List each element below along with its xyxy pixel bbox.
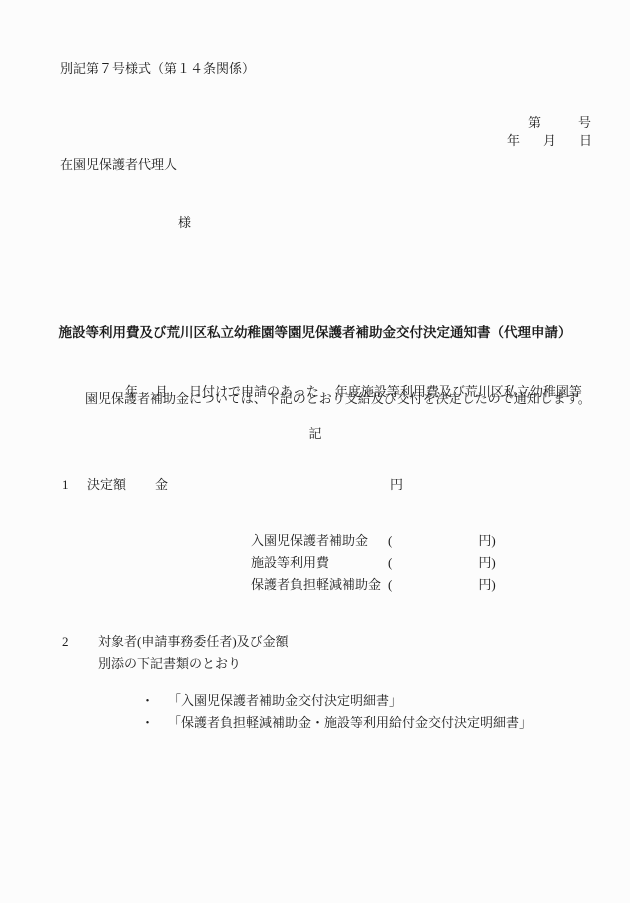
- document-page: 別記第７号様式（第１４条関係） 第号 年月日 在園児保護者代理人 様 施設等利用…: [0, 0, 630, 903]
- section1-number: 1: [62, 478, 69, 493]
- sub-item-label: 保護者負担軽減補助金: [251, 578, 388, 593]
- section2-number: 2: [62, 635, 69, 650]
- section1-currency-suffix: 円: [390, 478, 403, 493]
- section1-currency-prefix: 金: [155, 478, 168, 493]
- section2-subheading: 別添の下記書類のとおり: [98, 657, 241, 672]
- sub-item-close-paren: 円): [478, 577, 495, 592]
- bullet-item: ・「保護者負担軽減補助金・施設等利用給付金交付決定明細書」: [128, 701, 532, 746]
- honorific-sama: 様: [178, 216, 191, 231]
- date-month-label: 月: [543, 133, 556, 148]
- body-paragraph-line2: 園児保護者補助金については、下記のとおり支給及び交付を決定したので通知します。: [85, 392, 591, 407]
- section1-label: 決定額: [87, 478, 126, 493]
- date-day-label: 日: [579, 133, 592, 148]
- document-title: 施設等利用費及び荒川区私立幼稚園等園児保護者補助金交付決定通知書（代理申請）: [0, 325, 630, 341]
- decision-sub-item: 保護者負担軽減補助金(円): [238, 563, 496, 608]
- sub-item-open-paren: (: [388, 577, 392, 592]
- date-year-label: 年: [507, 133, 520, 148]
- bullet-text: 「保護者負担軽減補助金・施設等利用給付金交付決定明細書」: [168, 715, 532, 730]
- section2-heading: 対象者(申請事務委任者)及び金額: [98, 635, 289, 650]
- form-number: 別記第７号様式（第１４条関係）: [60, 62, 255, 77]
- addressee-line: 在園児保護者代理人: [60, 158, 177, 173]
- bullet-marker: ・: [141, 716, 168, 731]
- record-marker: 記: [0, 427, 630, 442]
- issue-date-line: 年月日: [494, 119, 592, 164]
